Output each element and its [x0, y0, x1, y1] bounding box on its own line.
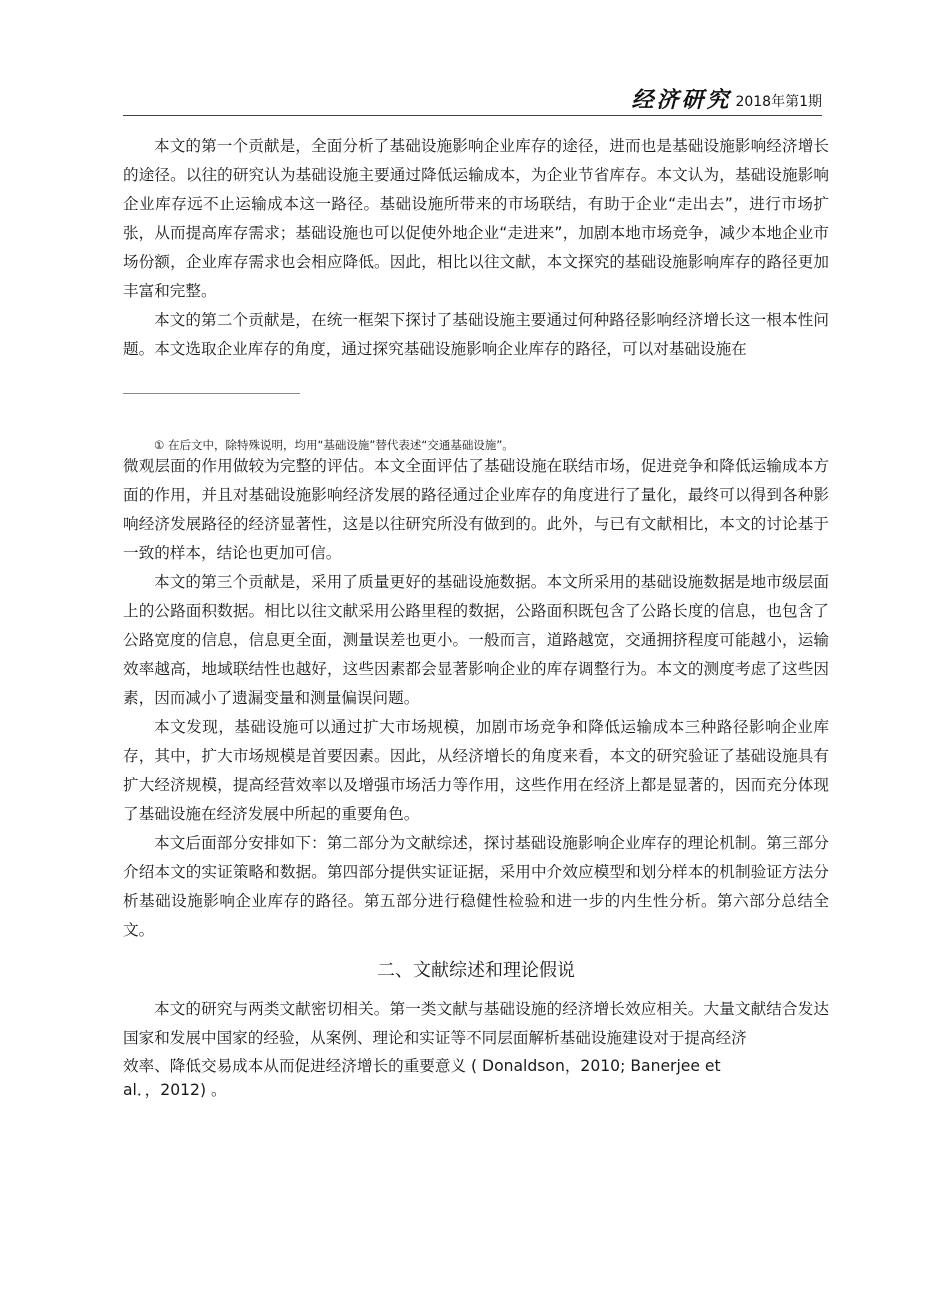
footnote-marker: ① — [154, 438, 164, 452]
journal-masthead: 经济研究 2018年第1期 — [631, 88, 822, 112]
paragraph-literature-tail-1: 效率、降低交易成本从而促进经济增长的重要意义 ( Donaldson，2010;… — [123, 1053, 829, 1079]
section-body: 本文的研究与两类文献密切相关。第一类文献与基础设施的经济增长效应相关。大量文献结… — [123, 995, 829, 1101]
paragraph-structure: 本文后面部分安排如下：第二部分为文献综述，探讨基础设施影响企业库存的理论机制。第… — [123, 829, 829, 945]
section-heading: 二、文献综述和理论假说 — [123, 957, 829, 985]
running-header: 经济研究 2018年第1期 — [123, 84, 822, 116]
journal-name-logo: 经济研究 — [631, 88, 731, 112]
paragraph-second-contribution: 本文的第二个贡献是，在统一框架下探讨了基础设施主要通过何种路径影响经济增长这一根… — [123, 306, 829, 364]
footnote: ① 在后文中，除特殊说明，均用“基础设施”替代表述“交通基础设施”。 — [154, 437, 514, 453]
body-text-continued: 微观层面的作用做较为完整的评估。本文全面评估了基础设施在联结市场，促进竞争和降低… — [123, 452, 829, 945]
footnote-text: 在后文中，除特殊说明，均用“基础设施”替代表述“交通基础设施”。 — [168, 438, 514, 452]
body-text-top: 本文的第一个贡献是，全面分析了基础设施影响企业库存的途径，进而也是基础设施影响经… — [123, 132, 829, 364]
footnote-divider — [123, 393, 300, 394]
paragraph-third-contribution: 本文的第三个贡献是，采用了质量更好的基础设施数据。本文所采用的基础设施数据是地市… — [123, 568, 829, 713]
paragraph-literature-tail-2: al．，2012) 。 — [123, 1079, 829, 1101]
paragraph-findings: 本文发现，基础设施可以通过扩大市场规模，加剧市场竞争和降低运输成本三种路径影响企… — [123, 713, 829, 829]
journal-issue: 2018年第1期 — [735, 92, 822, 112]
paragraph-first-contribution: 本文的第一个贡献是，全面分析了基础设施影响企业库存的途径，进而也是基础设施影响经… — [123, 132, 829, 306]
paragraph-literature: 本文的研究与两类文献密切相关。第一类文献与基础设施的经济增长效应相关。大量文献结… — [123, 995, 829, 1053]
paragraph-continuation: 微观层面的作用做较为完整的评估。本文全面评估了基础设施在联结市场，促进竞争和降低… — [123, 452, 829, 568]
